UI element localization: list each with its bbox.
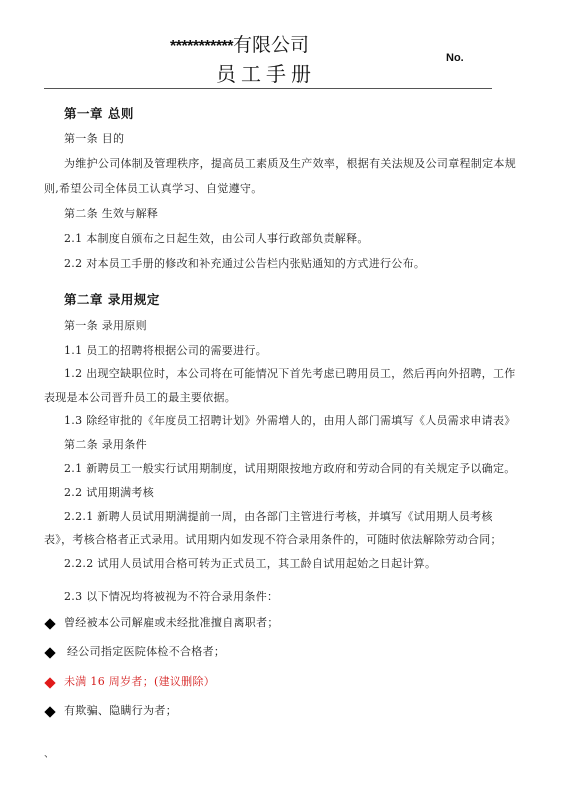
bullet-item-4: 有欺骗、隐瞒行为者；	[64, 702, 177, 718]
clause-1-2-1: 2.1 本制度自颁布之日起生效，由公司人事行政部负责解释。	[64, 230, 369, 246]
document-title: 员工手册	[216, 58, 316, 87]
clause-1-2-2: 2.2 对本员工手册的修改和补充通过公告栏内张贴通知的方式进行公布。	[64, 255, 425, 271]
diamond-bullet-icon	[44, 647, 55, 658]
bullet-item-2: 经公司指定医院体检不合格者；	[67, 643, 225, 659]
article-1-1-title: 第一条 目的	[64, 130, 124, 146]
trailing-punctuation-mark: 、	[44, 745, 54, 760]
header-divider	[44, 88, 492, 89]
document-number-label: No.	[446, 52, 464, 64]
bullet-item-3-flagged: 未满 16 周岁者；(建议删除）	[64, 673, 215, 689]
article-1-2-title: 第二条 生效与解释	[64, 205, 158, 221]
clause-2-2-2-1-line2: 表》，考核合格者正式录用。试用期内如发现不符合录用条件的，可随时依法解除劳动合同…	[44, 531, 502, 547]
clause-2-1-2-line1: 1.2 出现空缺职位时，本公司将在可能情况下首先考虑已聘用员工，然后再向外招聘，…	[64, 365, 516, 381]
article-1-1-paragraph-line2: 则,希望公司全体员工认真学习、自觉遵守。	[44, 180, 263, 196]
clause-2-1-1: 1.1 员工的招聘将根据公司的需要进行。	[64, 342, 267, 358]
diamond-bullet-icon	[44, 706, 55, 717]
bullet-item-1: 曾经被本公司解雇或未经批准擅自离职者；	[64, 614, 279, 630]
article-1-1-paragraph-line1: 为维护公司体制及管理秩序，提高员工素质及生产效率，根据有关法规及公司章程制定本规	[64, 155, 516, 171]
chapter-1-title: 第一章 总则	[64, 104, 134, 122]
diamond-bullet-icon-red	[44, 677, 55, 688]
diamond-bullet-icon	[44, 618, 55, 629]
clause-2-1-3: 1.3 除经审批的《年度员工招聘计划》外需增人的，由用人部门需填写《人员需求申请…	[64, 412, 516, 428]
clause-2-2-2-2: 2.2.2 试用人员试用合格可转为正式员工，其工龄自试用起始之日起计算。	[64, 555, 436, 571]
chapter-2-title: 第二章 录用规定	[64, 290, 160, 308]
company-name-masked: ***********	[170, 38, 233, 55]
company-name-suffix: 有限公司	[233, 34, 309, 56]
clause-2-2-3: 2.3 以下情况均将被视为不符合录用条件：	[64, 588, 278, 604]
clause-2-2-2-1-line1: 2.2.1 新聘人员试用期满提前一周，由各部门主管进行考核，并填写《试用期人员考…	[64, 508, 493, 524]
article-2-1-title: 第一条 录用原则	[64, 317, 147, 333]
clause-2-2-2: 2.2 试用期满考核	[64, 484, 154, 500]
clause-2-1-2-line2: 表现是本公司晋升员工的最主要依据。	[44, 389, 236, 405]
company-name: ***********有限公司	[170, 30, 309, 57]
clause-2-2-1: 2.1 新聘员工一般实行试用期制度，试用期限按地方政府和劳动合同的有关规定予以确…	[64, 460, 516, 476]
article-2-2-title: 第二条 录用条件	[64, 436, 147, 452]
